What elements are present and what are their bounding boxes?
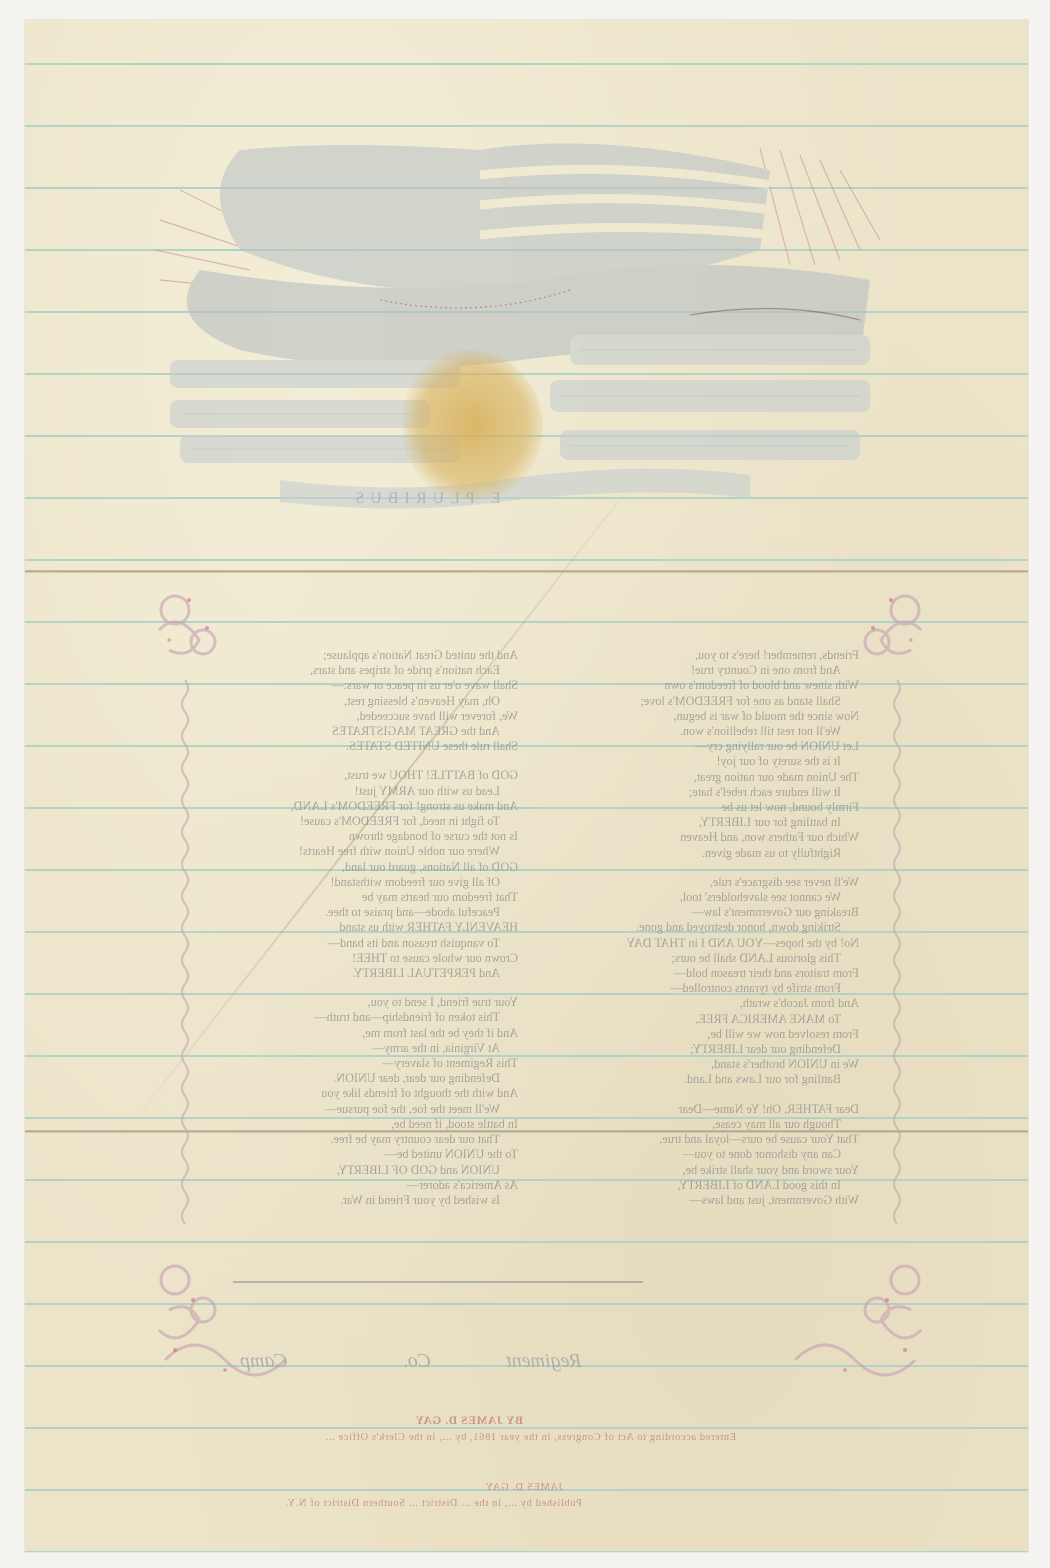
ruled-line — [25, 1179, 1028, 1181]
ruled-line — [25, 125, 1028, 127]
poem-line: And with the thought of friends like you — [218, 1086, 518, 1101]
poem-line: With sinew and blood of freedom's own — [559, 678, 859, 693]
ruled-line — [25, 1055, 1028, 1057]
poem-line: And from one in Country true! — [559, 663, 859, 678]
regiment-label: Regiment — [506, 1350, 582, 1372]
poem-line: Is not the curse of bondage thrown — [218, 829, 518, 844]
ruled-line — [25, 249, 1028, 251]
poem-line: We, forever will have succeeded, — [218, 709, 518, 724]
poem-line: Breaking our Government's law— — [559, 905, 859, 920]
poem-line: Oh, may Heaven's blessing rest, — [218, 694, 518, 709]
poem-line: From strife by tyrants controlled— — [559, 981, 859, 996]
poem-line: Let UNION be our rallying cry— — [559, 739, 859, 754]
poem-line: Which our Fathers won, and Heaven — [559, 830, 859, 845]
ruled-line — [25, 869, 1028, 871]
poem-line: At Virginia, in the army— — [218, 1041, 518, 1056]
poem-line: We'll never see disgrace's rule, — [559, 875, 859, 890]
ruled-line — [25, 63, 1028, 65]
poem-line: With Government, just and laws— — [559, 1193, 859, 1208]
poem-column-left: Friends, remember! here's to you,And fro… — [559, 648, 859, 1222]
poem-line: No! by the hopes—YOU AND I in THAT DAY — [559, 936, 859, 951]
poem-line: And the GREAT MAGISTRATES — [218, 724, 518, 739]
ruled-line — [25, 373, 1028, 375]
poem-line: And the united Great Nation's applause; — [218, 648, 518, 663]
poem-line: Each nation's pride of stripes and stars… — [218, 663, 518, 678]
poem-line: Shall stand as one for FREEDOM's love; — [559, 694, 859, 709]
camp-label: Camp — [240, 1350, 288, 1372]
ruled-line — [25, 621, 1028, 623]
poem-line: From traitors and their treason bold— — [559, 966, 859, 981]
signature-line — [233, 1281, 643, 1283]
ruled-line — [25, 993, 1028, 995]
poem-line: To the UNION united be— — [218, 1147, 518, 1162]
poem-line: To fight in need, for FREEDOM's cause! — [218, 814, 518, 829]
poem-line: To MAKE AMERICA FREE, — [559, 1012, 859, 1027]
poem-line: The Union made our nation great, — [559, 770, 859, 785]
poem-line: Peaceful abode—and praise to thee. — [218, 905, 518, 920]
poem-line: Is wished by your Friend in War. — [218, 1193, 518, 1208]
poem-line: HEAVENLY FATHER with us stand — [218, 920, 518, 935]
poem-line: Of all give our freedom withstand! — [218, 875, 518, 890]
poem-line: That our dear country may be free. — [218, 1132, 518, 1147]
poem-line: GOD of all Nations, guard our land, — [218, 860, 518, 875]
ruled-line — [25, 559, 1028, 561]
poem-stanza: We'll never see disgrace's rule,We canno… — [559, 875, 859, 1088]
ruled-line — [25, 807, 1028, 809]
poem-line: And make us strong! for FREEDOM's LAND, — [218, 799, 518, 814]
poem-column-right: And the united Great Nation's applause;E… — [218, 648, 518, 1222]
ruled-line — [25, 1303, 1028, 1305]
poem-line: Battling for our Laws and Land. — [559, 1072, 859, 1087]
poem-line: And PERPETUAL LIBERTY. — [218, 966, 518, 981]
ruled-line — [25, 311, 1028, 313]
author-imprint: BY JAMES D. GAY — [415, 1415, 523, 1427]
poem-line: We cannot see slaveholders' tool, — [559, 890, 859, 905]
publisher-imprint-1: JAMES D. GAY — [485, 1482, 563, 1493]
poem-line: That freedom our hearts may be — [218, 890, 518, 905]
poem-stanza: Dear FATHER, Oh! Ye Name—DearThough our … — [559, 1102, 859, 1208]
fold-crease-lower — [25, 1130, 1028, 1133]
ruled-line — [25, 1551, 1028, 1552]
poem-line: Shall wave o'er us in peace or wars:— — [218, 678, 518, 693]
ruled-line — [25, 1117, 1028, 1119]
copyright-imprint: Entered according to Act of Congress, in… — [325, 1432, 736, 1443]
company-label: Co. — [403, 1350, 431, 1372]
ruled-line — [25, 1427, 1028, 1429]
poem-stanza: Friends, remember! here's to you,And fro… — [559, 648, 859, 861]
fold-crease-upper — [25, 570, 1028, 573]
ruled-line — [25, 1241, 1028, 1243]
poem-line: Defending our dear LIBERTY; — [559, 1042, 859, 1057]
poem-line: And from Jacob's wrath, — [559, 996, 859, 1011]
poem-line: This token of friendship—and truth— — [218, 1010, 518, 1025]
banner-fragment: E PLURIBUS — [215, 490, 635, 508]
poem-line: Firmly bound, now let us be — [559, 800, 859, 815]
poem-line: In battling for our LIBERTY, — [559, 815, 859, 830]
poem-line: In this good LAND of LIBERTY, — [559, 1178, 859, 1193]
poem-line: Defending our dear, dear UNION. — [218, 1071, 518, 1086]
poem-stanza: And the united Great Nation's applause;E… — [218, 648, 518, 754]
poem-line: Lead us with our ARMY just! — [218, 784, 518, 799]
poem-stanza: Your true friend, I send to you,This tok… — [218, 995, 518, 1208]
poem-line: Your true friend, I send to you, — [218, 995, 518, 1010]
poem-line: This glorious LAND shall be ours; — [559, 951, 859, 966]
poem-line: As America's adorer— — [218, 1178, 518, 1193]
poem-line: It will endure each rebel's hate; — [559, 785, 859, 800]
poem-line: GOD of BATTLE! THOU we trust, — [218, 768, 518, 783]
poem-line: It is the surety of our joy! — [559, 754, 859, 769]
poem-line: Your sword and your shall strike be, — [559, 1163, 859, 1178]
poem-stanza: GOD of BATTLE! THOU we trust,Lead us wit… — [218, 768, 518, 981]
ruled-line — [25, 931, 1028, 933]
poem-line: Crown our whole cause to THEE! — [218, 951, 518, 966]
poem-line: Rightfully to us made given. — [559, 846, 859, 861]
poem-line: In battle stood, if need be, — [218, 1117, 518, 1132]
camp-company-regiment-line: Regiment Co. Camp — [240, 1350, 582, 1373]
poem-line: Striking down, honor destroyed and gone. — [559, 920, 859, 935]
poem-line: This Regiment of slavery— — [218, 1056, 518, 1071]
ruled-line — [25, 187, 1028, 189]
poem-line: Dear FATHER, Oh! Ye Name—Dear — [559, 1102, 859, 1117]
poem-line: Friends, remember! here's to you, — [559, 648, 859, 663]
age-stain — [403, 350, 543, 500]
poem-line: Shall rule these UNITED STATES. — [218, 739, 518, 754]
poem-line: Now since the mould of war is begun, — [559, 709, 859, 724]
ruled-line — [25, 683, 1028, 685]
poem-line: From resolved now we will be, — [559, 1027, 859, 1042]
poem-line: Can any dishonor done to you— — [559, 1147, 859, 1162]
poem-line: To vanquish treason and its band— — [218, 936, 518, 951]
poem-line: Though our all may cease, — [559, 1117, 859, 1132]
poem-line: UNION and GOD OF LIBERTY, — [218, 1163, 518, 1178]
publisher-imprint-2: Published by ..., in the ... District ..… — [285, 1498, 582, 1509]
poem-line: And if they be the last from me, — [218, 1026, 518, 1041]
letter-sheet: E PLURIBUS Friends, remember! here's to … — [25, 20, 1028, 1552]
ruled-line — [25, 745, 1028, 747]
poem-line: Where our noble Union with free Hearts! — [218, 844, 518, 859]
poem-line: We'll not rest till rebellion's won. — [559, 724, 859, 739]
poem-line: That Your cause be ours—loyal and true, — [559, 1132, 859, 1147]
poem-line: We'll meet the foe, the foe pursue— — [218, 1102, 518, 1117]
poem-line: We in UNION brother's stand, — [559, 1057, 859, 1072]
ruled-lines — [25, 20, 1028, 1552]
